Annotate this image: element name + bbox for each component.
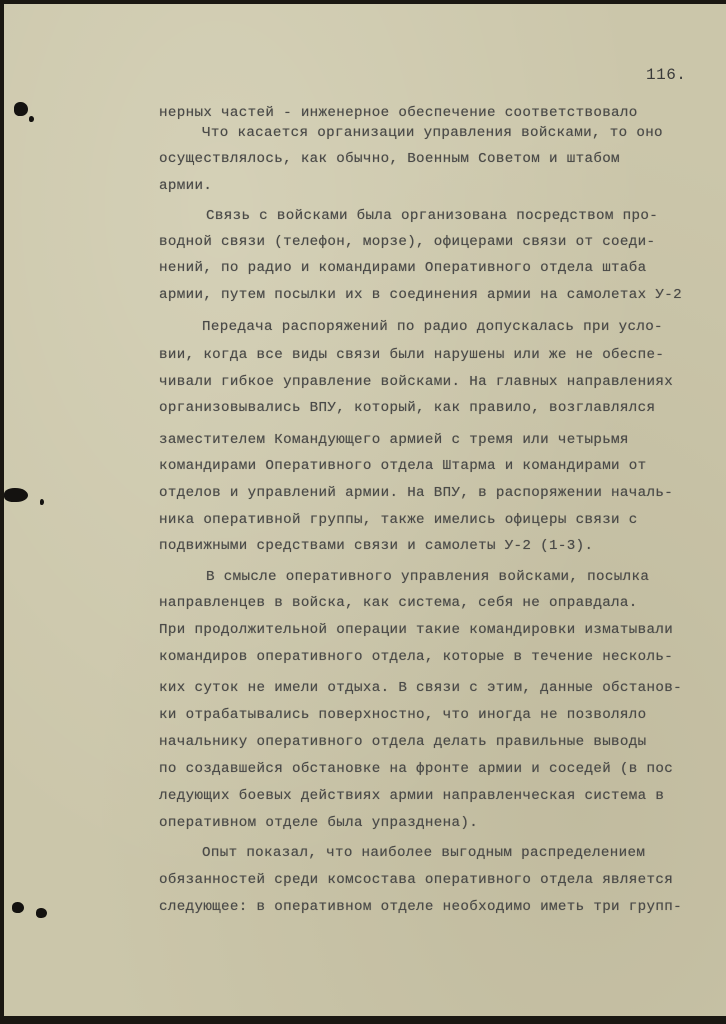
text-line: Опыт показал, что наиболее выгодным расп… — [202, 845, 645, 861]
text-line: начальнику оперативного отдела делать пр… — [159, 734, 647, 750]
text-line: армии, путем посылки их в соединения арм… — [159, 287, 682, 303]
punch-hole — [12, 902, 24, 913]
text-line: командиров оперативного отдела, которые … — [159, 649, 673, 665]
document-page: 116. нерных частей - инженерное обеспече… — [4, 4, 726, 1016]
text-line: обязанностей среди комсостава оперативно… — [159, 872, 673, 888]
text-line: ника оперативной группы, также имелись о… — [159, 512, 638, 528]
text-line: заместителем Командующего армией с тремя… — [159, 432, 629, 448]
punch-hole — [40, 499, 44, 505]
text-line: отделов и управлений армии. На ВПУ, в ра… — [159, 485, 673, 501]
punch-hole — [4, 488, 28, 502]
text-line: направленцев в войска, как система, себя… — [159, 595, 638, 611]
text-line: подвижными средствами связи и самолеты У… — [159, 538, 593, 554]
text-line: командирами Оперативного отдела Штарма и… — [159, 458, 647, 474]
text-line: Связь с войсками была организована посре… — [206, 208, 658, 224]
text-line: водной связи (телефон, морзе), офицерами… — [159, 234, 655, 250]
text-line: В смысле оперативного управления войскам… — [206, 569, 649, 585]
text-line: При продолжительной операции такие коман… — [159, 622, 673, 638]
text-line: ких суток не имели отдыха. В связи с эти… — [159, 680, 682, 696]
text-line: ледующих боевых действиях армии направле… — [159, 788, 664, 804]
punch-hole — [14, 102, 28, 116]
punch-hole — [36, 908, 47, 918]
text-line: нений, по радио и командирами Оперативно… — [159, 260, 647, 276]
punch-hole — [29, 116, 34, 122]
text-line: вии, когда все виды связи были нарушены … — [159, 347, 664, 363]
text-line: чивали гибкое управление войсками. На гл… — [159, 374, 673, 390]
text-line: Что касается организации управления войс… — [202, 125, 663, 141]
text-line: ки отрабатывались поверхностно, что иног… — [159, 707, 647, 723]
text-line: армии. — [159, 178, 212, 194]
text-line: нерных частей - инженерное обеспечение с… — [159, 105, 638, 121]
text-line: по создавшейся обстановке на фронте арми… — [159, 761, 673, 777]
text-line: осуществлялось, как обычно, Военным Сове… — [159, 151, 620, 167]
text-line: оперативном отделе была упразднена). — [159, 815, 478, 831]
text-line: следующее: в оперативном отделе необходи… — [159, 899, 682, 915]
text-line: Передача распоряжений по радио допускала… — [202, 319, 663, 335]
text-line: организовывались ВПУ, который, как прави… — [159, 400, 655, 416]
page-number: 116. — [646, 66, 686, 84]
